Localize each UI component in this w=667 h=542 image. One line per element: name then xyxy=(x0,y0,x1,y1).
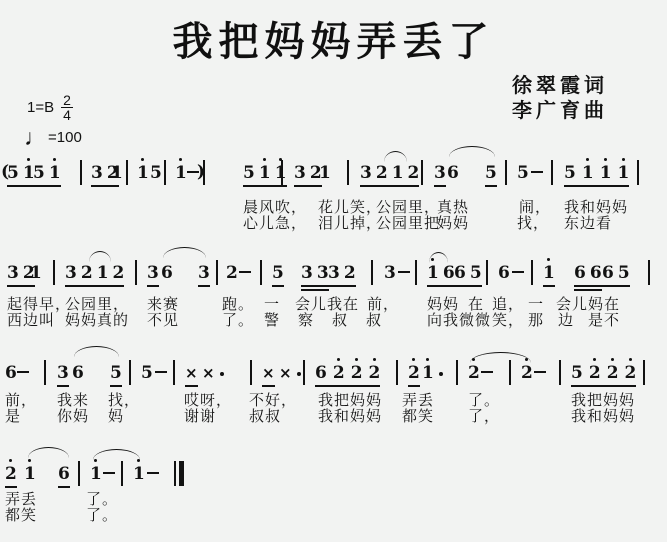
barline xyxy=(303,360,305,385)
lyric-segment-verse2: 察 xyxy=(298,309,314,330)
tempo-value: =100 xyxy=(48,129,82,146)
note-digit: 3 xyxy=(147,263,159,283)
lyric-segment-verse2: 都笑 xyxy=(402,405,434,426)
barline xyxy=(637,160,639,185)
note-digit: 1 xyxy=(543,263,555,283)
slur-arc xyxy=(429,252,448,263)
time-signature: 2 4 xyxy=(61,94,73,121)
note-digit: 5 xyxy=(485,163,497,183)
lyric-segment-verse2: 那 xyxy=(528,309,544,330)
dash-note xyxy=(103,472,115,474)
note-digit: 2 xyxy=(589,363,601,383)
augmentation-dot xyxy=(220,372,224,376)
note-group: 2 xyxy=(5,463,17,484)
lyric-segment-verse2: 找， xyxy=(517,212,549,233)
barline xyxy=(135,260,137,285)
lyric-segment-verse2: 叔 xyxy=(332,309,348,330)
note-digit: 5 xyxy=(564,163,576,183)
quarter-note-icon: ♩ xyxy=(24,126,47,148)
note-digit: 5 xyxy=(141,363,153,383)
note-digit: 3 xyxy=(301,263,313,283)
dash-note xyxy=(17,371,29,373)
note-digit: 5 xyxy=(7,163,19,183)
slur-arc xyxy=(93,449,140,460)
note-digit: 1 xyxy=(111,163,123,183)
barline xyxy=(415,260,417,285)
note-group: 1 xyxy=(175,162,187,183)
barline xyxy=(396,360,398,385)
note-group: 5111 xyxy=(564,162,629,183)
slur-arc xyxy=(470,352,531,363)
barline xyxy=(371,260,373,285)
lyric-segment-verse2: 不见 xyxy=(147,309,179,330)
note-group: 5 xyxy=(150,162,162,183)
note-digit: 6 xyxy=(498,263,510,283)
octave-dot xyxy=(179,158,182,161)
note-digit: 2 xyxy=(369,363,381,383)
lyric-segment-verse2: 了， xyxy=(468,405,500,426)
barline xyxy=(551,160,553,185)
lyric-segment-verse2: 了。 xyxy=(86,504,118,525)
note-group: 5 xyxy=(517,162,529,183)
note-group: 5 xyxy=(110,362,122,383)
note-digit: 5 xyxy=(33,163,45,183)
augmentation-dot xyxy=(439,372,443,376)
time-signature-denominator: 4 xyxy=(63,108,71,121)
note-digit: 2 xyxy=(607,363,619,383)
note-digit: 1 xyxy=(133,464,145,484)
note-digit: 2 xyxy=(5,464,17,484)
octave-dot xyxy=(547,258,550,261)
note-digit: 5 xyxy=(618,263,630,283)
song-title: 我把妈妈弄丢了 xyxy=(0,10,667,67)
key-label: 1=B xyxy=(27,99,54,116)
note-digit: 1 xyxy=(30,263,42,283)
rhythm-x-note: × xyxy=(279,363,292,383)
dash-note xyxy=(512,271,524,273)
note-digit: 6 xyxy=(315,363,327,383)
note-group: 3212 xyxy=(65,262,124,283)
note-group: 5 xyxy=(272,262,284,283)
note-digit: 6 xyxy=(5,363,17,383)
note-digit: 2 xyxy=(81,263,93,283)
octave-dot xyxy=(9,459,12,462)
lyric-segment-verse2: 妈妈真的 xyxy=(65,309,129,330)
note-group: 6 xyxy=(58,463,70,484)
note-digit: 3 xyxy=(294,163,306,183)
lyric-segment-verse2: 我和妈妈 xyxy=(318,405,382,426)
barline xyxy=(531,260,533,285)
note-group: 1 xyxy=(111,162,123,183)
lyric-segment-verse2: 向我微微 xyxy=(427,309,491,330)
note-group: 1 xyxy=(422,362,434,383)
note-digit: 6 xyxy=(574,263,586,283)
lyric-segment-verse2: 泪儿掉， xyxy=(318,212,382,233)
octave-dot xyxy=(141,158,144,161)
note-group: 32 xyxy=(294,162,322,183)
note-digit: 6 xyxy=(602,263,614,283)
note-group: 65 xyxy=(602,262,630,283)
octave-dot xyxy=(611,358,614,361)
note-digit: 5 xyxy=(517,163,529,183)
note-digit: 3 xyxy=(65,263,77,283)
note-digit: 2 xyxy=(625,363,637,383)
note-digit: 3 xyxy=(7,263,19,283)
lyric-segment-verse2: 叔叔 xyxy=(249,405,281,426)
key-signature: 1=B 2 4 xyxy=(27,94,73,121)
note-group: 1 xyxy=(24,463,36,484)
note-group: × xyxy=(262,362,275,383)
note-group: 3212 xyxy=(360,162,419,183)
lyric-segment-verse2: 妈 xyxy=(108,405,124,426)
note-digit: 1 xyxy=(600,163,612,183)
note-group: 2 xyxy=(226,262,238,283)
note-digit: 2 xyxy=(376,163,388,183)
dash-note xyxy=(534,371,546,373)
barline xyxy=(53,260,55,285)
lyric-segment-verse2: 笑， xyxy=(492,309,524,330)
slur-arc xyxy=(163,247,206,258)
note-group: 5222 xyxy=(571,362,636,383)
note-digit: 2 xyxy=(351,363,363,383)
barline xyxy=(126,160,128,185)
note-digit: 2 xyxy=(408,363,420,383)
dash-note xyxy=(481,371,493,373)
rhythm-x-note: × xyxy=(185,363,198,383)
barline xyxy=(559,360,561,385)
lyric-segment-verse2: 你妈 xyxy=(57,405,89,426)
note-digit: 1 xyxy=(427,263,439,283)
barline xyxy=(347,160,349,185)
barline xyxy=(643,360,645,385)
note-digit: 5 xyxy=(150,163,162,183)
slur-arc xyxy=(384,151,407,162)
note-group: 1 xyxy=(30,262,42,283)
barline xyxy=(260,260,262,285)
note-group: × xyxy=(185,362,198,383)
note-group: 3 xyxy=(57,362,69,383)
note-group: 3 xyxy=(147,262,159,283)
note-digit: 3 xyxy=(91,163,103,183)
lyric-segment-verse2: 是 xyxy=(5,405,21,426)
note-group: 1 xyxy=(137,162,149,183)
note-digit: 6 xyxy=(58,464,70,484)
note-group: 1 xyxy=(319,162,331,183)
note-group: × xyxy=(279,362,292,383)
note-digit: 3 xyxy=(317,263,329,283)
lyric-segment-verse2: 都笑 xyxy=(5,504,37,525)
note-digit: 1 xyxy=(90,464,102,484)
octave-dot xyxy=(593,358,596,361)
barline xyxy=(486,260,488,285)
lyric-segment-verse2: 心儿急， xyxy=(243,212,307,233)
note-digit: 1 xyxy=(392,163,404,183)
note-digit: 5 xyxy=(110,363,122,383)
time-signature-numerator: 2 xyxy=(61,94,73,108)
barline xyxy=(129,360,131,385)
note-digit: 3 xyxy=(57,363,69,383)
slur-arc xyxy=(28,447,69,458)
barline xyxy=(648,260,650,285)
note-digit: 1 xyxy=(137,163,149,183)
octave-dot xyxy=(373,358,376,361)
dash-note xyxy=(398,271,410,273)
note-group: 3 xyxy=(198,262,210,283)
note-digit: 2 xyxy=(226,263,238,283)
note-group: 6222 xyxy=(315,362,380,383)
rhythm-x-note: × xyxy=(262,363,275,383)
barline xyxy=(509,360,511,385)
octave-dot xyxy=(412,358,415,361)
note-group: 51 xyxy=(7,162,35,183)
note-digit: 2 xyxy=(521,363,533,383)
note-digit: 6 xyxy=(454,263,466,283)
note-digit: 5 xyxy=(243,163,255,183)
octave-dot xyxy=(27,158,30,161)
note-digit: 3 xyxy=(360,163,372,183)
lyric-segment-verse2: 妈妈 xyxy=(437,212,469,233)
note-digit: 1 xyxy=(422,363,434,383)
note-digit: 1 xyxy=(259,163,271,183)
barline xyxy=(44,360,46,385)
note-digit: 1 xyxy=(319,163,331,183)
note-group: 6 xyxy=(447,162,459,183)
note-group: 2 xyxy=(521,362,533,383)
note-digit: 1 xyxy=(175,163,187,183)
note-digit: 5 xyxy=(470,263,482,283)
octave-dot xyxy=(263,158,266,161)
barline xyxy=(250,360,252,385)
lyric-segment-verse2: 边 xyxy=(558,309,574,330)
note-digit: 1 xyxy=(582,163,594,183)
note-digit: 6 xyxy=(443,263,455,283)
note-digit: 2 xyxy=(344,263,356,283)
note-group: 3 xyxy=(434,162,446,183)
note-digit: 3 xyxy=(328,263,340,283)
note-group: 2 xyxy=(408,362,420,383)
barline xyxy=(203,160,205,185)
octave-dot xyxy=(586,158,589,161)
barline xyxy=(121,461,123,486)
note-group: 51 xyxy=(33,162,61,183)
octave-dot xyxy=(604,158,607,161)
note-group: 33 xyxy=(301,262,329,283)
barline xyxy=(281,160,283,185)
note-group: 66 xyxy=(574,262,602,283)
barline xyxy=(456,360,458,385)
note-digit: 3 xyxy=(198,263,210,283)
note-digit: 1 xyxy=(97,263,109,283)
note-digit: 2 xyxy=(468,363,480,383)
tempo-marking: ♩ =100 xyxy=(24,126,82,148)
note-digit: 5 xyxy=(571,363,583,383)
octave-dot xyxy=(622,158,625,161)
note-group: 511 xyxy=(243,162,287,183)
octave-dot xyxy=(337,358,340,361)
barline xyxy=(78,461,80,486)
dash-note xyxy=(155,371,167,373)
note-digit: 3 xyxy=(434,163,446,183)
dash-note xyxy=(531,171,543,173)
barline xyxy=(80,160,82,185)
slur-arc xyxy=(449,146,495,157)
composer-credit: 李广育曲 xyxy=(512,99,608,124)
final-barline xyxy=(174,461,184,486)
note-digit: 6 xyxy=(72,363,84,383)
octave-dot xyxy=(629,358,632,361)
note-digit: 3 xyxy=(384,263,396,283)
note-digit: 2 xyxy=(408,163,420,183)
lyric-segment-verse2: 叔 xyxy=(366,309,382,330)
note-group: 16 xyxy=(427,262,455,283)
note-group: × xyxy=(202,362,215,383)
note-digit: 6 xyxy=(447,163,459,183)
octave-dot xyxy=(426,358,429,361)
note-group: 5 xyxy=(485,162,497,183)
dash-note xyxy=(239,271,251,273)
sheet-music-page: 我把妈妈弄丢了 徐翠霞词 李广育曲 1=B 2 4 ♩ =100 (515132… xyxy=(0,0,667,542)
note-group: 1 xyxy=(133,463,145,484)
note-group: 32 xyxy=(328,262,356,283)
barline xyxy=(421,160,423,185)
note-group: 3 xyxy=(384,262,396,283)
note-group: 2 xyxy=(468,362,480,383)
lyric-segment-verse2: 谢谢 xyxy=(184,405,216,426)
note-group: 1 xyxy=(543,262,555,283)
note-digit: 2 xyxy=(113,263,125,283)
barline xyxy=(164,160,166,185)
note-digit: 2 xyxy=(333,363,345,383)
credits: 徐翠霞词 李广育曲 xyxy=(512,74,608,124)
dash-note xyxy=(147,472,159,474)
octave-dot xyxy=(28,459,31,462)
lyric-segment-verse2: 警 xyxy=(264,309,280,330)
lyric-segment-verse2: 西边叫 xyxy=(7,309,55,330)
note-group: 6 xyxy=(72,362,84,383)
lyric-segment-verse2: 公园里把 xyxy=(376,212,440,233)
note-group: 6 xyxy=(161,262,173,283)
note-group: 5 xyxy=(141,362,153,383)
slur-arc xyxy=(89,251,111,262)
note-digit: 6 xyxy=(590,263,602,283)
barline xyxy=(216,260,218,285)
augmentation-dot xyxy=(297,372,301,376)
lyric-segment-verse2: 了。 xyxy=(222,309,254,330)
slur-arc xyxy=(74,346,119,357)
note-digit: 5 xyxy=(272,263,284,283)
lyric-segment-verse2: 我和妈妈 xyxy=(571,405,635,426)
note-digit: 6 xyxy=(161,263,173,283)
lyric-segment-verse2: 是不 xyxy=(588,309,620,330)
barline xyxy=(173,360,175,385)
barline xyxy=(505,160,507,185)
note-group: 6 xyxy=(498,262,510,283)
rhythm-x-note: × xyxy=(202,363,215,383)
octave-dot xyxy=(355,358,358,361)
lyricist-credit: 徐翠霞词 xyxy=(512,74,608,99)
octave-dot xyxy=(53,158,56,161)
note-digit: 1 xyxy=(618,163,630,183)
note-group: 6 xyxy=(5,362,17,383)
note-group: 1 xyxy=(90,463,102,484)
note-digit: 1 xyxy=(24,464,36,484)
lyric-segment-verse2: 东边看 xyxy=(564,212,612,233)
note-group: 65 xyxy=(454,262,482,283)
note-digit: 1 xyxy=(49,163,61,183)
